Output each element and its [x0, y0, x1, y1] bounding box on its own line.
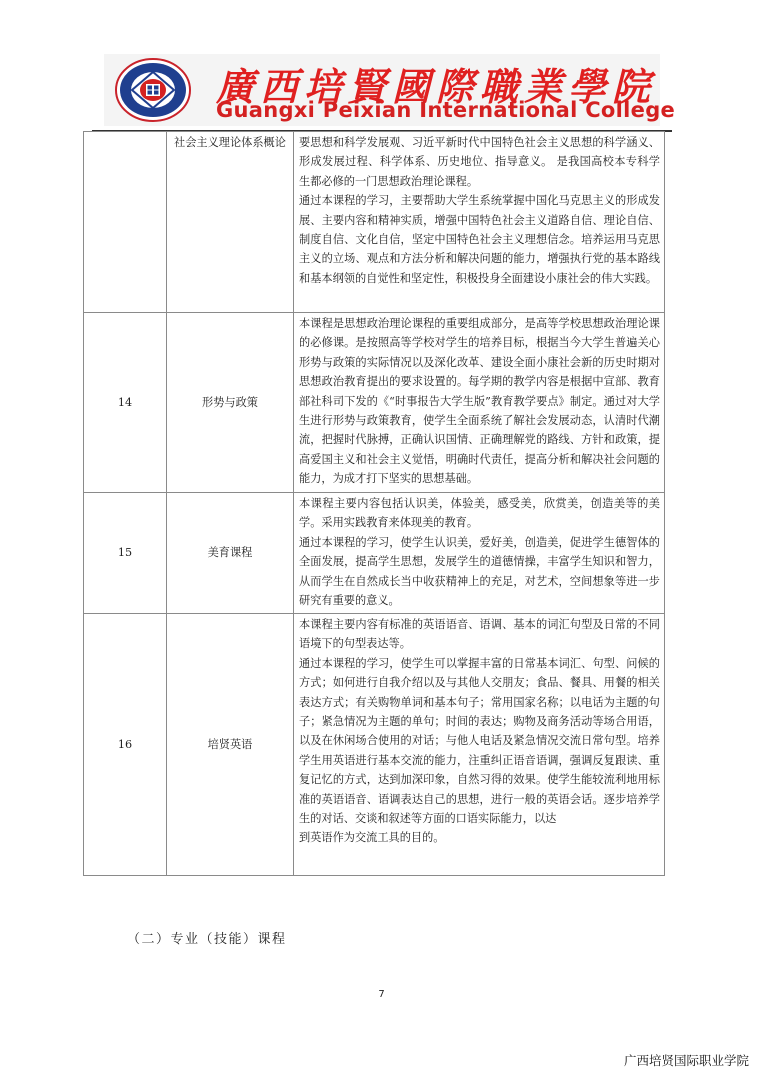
table-row: 社会主义理论体系概论 要思想和科学发展观、习近平新时代中国特色社会主义思想的科学… [84, 132, 665, 313]
course-name: 美育课程 [167, 493, 294, 614]
table-row: 15 美育课程 本课程主要内容包括认识美，体验美，感受美，欣赏美，创造美等的美学… [84, 493, 665, 614]
course-name: 培贤英语 [167, 614, 294, 876]
section-heading: （二）专业（技能）课程 [127, 928, 287, 947]
description-paragraph: 本课程主要内容包括认识美，体验美，感受美，欣赏美，创造美等的美学。采用实践教育来… [299, 494, 660, 533]
course-number: 14 [84, 313, 167, 493]
course-number [84, 132, 167, 313]
college-emblem-icon [114, 57, 192, 123]
description-paragraph: 本课程主要内容有标准的英语语音、语调、基本的词汇句型及日常的不同语境下的句型表达… [299, 615, 660, 654]
course-description: 本课程是思想政治理论课程的重要组成部分，是高等学校思想政治理论课的必修课。是按照… [294, 313, 665, 493]
description-paragraph: 通过本课程的学习，使学生认识美，爱好美，创造美，促进学生德智体的全面发展，提高学… [299, 533, 660, 611]
brand-name-english: Guangxi Peixian International College [216, 98, 675, 122]
header-banner: 廣西培賢國際職業學院 Guangxi Peixian International… [104, 54, 660, 126]
description-paragraph: 本课程是思想政治理论课程的重要组成部分，是高等学校思想政治理论课的必修课。是按照… [299, 314, 660, 489]
course-table: 社会主义理论体系概论 要思想和科学发展观、习近平新时代中国特色社会主义思想的科学… [83, 131, 665, 876]
description-paragraph: 到英语作为交流工具的目的。 [299, 828, 660, 847]
table-row: 14 形势与政策 本课程是思想政治理论课程的重要组成部分，是高等学校思想政治理论… [84, 313, 665, 493]
course-number: 15 [84, 493, 167, 614]
footer-school-name: 广西培贤国际职业学院 [624, 1051, 749, 1069]
course-description: 本课程主要内容有标准的英语语音、语调、基本的词汇句型及日常的不同语境下的句型表达… [294, 614, 665, 876]
description-paragraph: 通过本课程的学习，使学生可以掌握丰富的日常基本词汇、句型、问候的方式；如何进行自… [299, 654, 660, 829]
description-paragraph: 通过本课程的学习，主要帮助大学生系统掌握中国化马克思主义的形成发展、主要内容和精… [299, 191, 660, 288]
course-name: 形势与政策 [167, 313, 294, 493]
course-description: 要思想和科学发展观、习近平新时代中国特色社会主义思想的科学涵义、形成发展过程、科… [294, 132, 665, 313]
course-number: 16 [84, 614, 167, 876]
description-paragraph: 要思想和科学发展观、习近平新时代中国特色社会主义思想的科学涵义、形成发展过程、科… [299, 133, 660, 191]
course-description: 本课程主要内容包括认识美，体验美，感受美，欣赏美，创造美等的美学。采用实践教育来… [294, 493, 665, 614]
page-number: 7 [0, 989, 763, 1000]
course-name: 社会主义理论体系概论 [167, 132, 294, 313]
table-row: 16 培贤英语 本课程主要内容有标准的英语语音、语调、基本的词汇句型及日常的不同… [84, 614, 665, 876]
